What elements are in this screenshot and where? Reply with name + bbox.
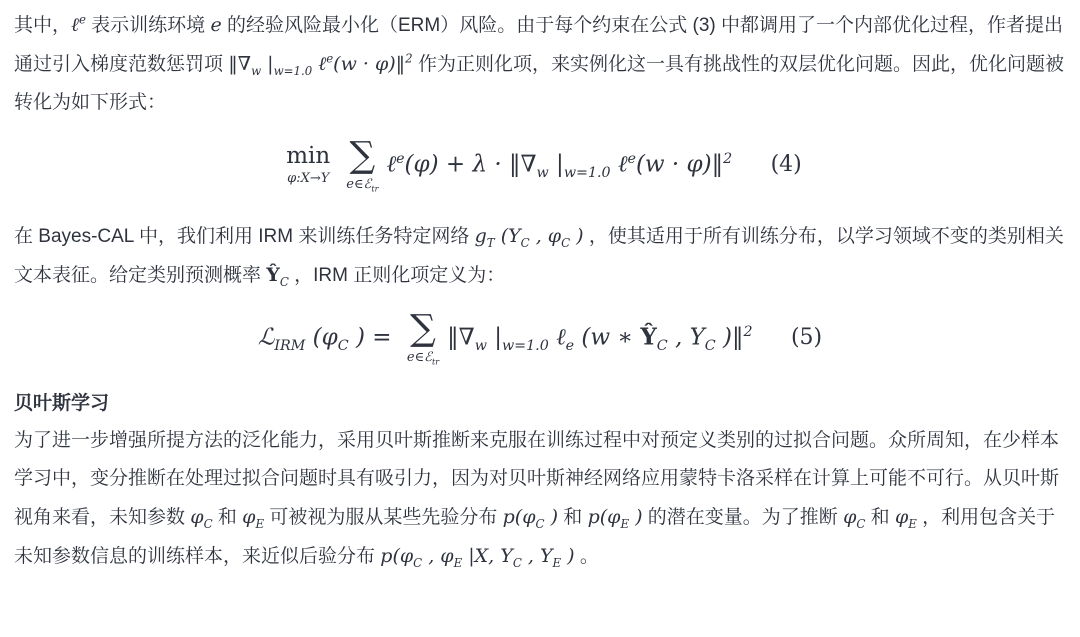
math-run: ℓ xyxy=(387,152,397,178)
math-run: C xyxy=(705,338,716,354)
text-run: 和 xyxy=(213,507,243,528)
math-run: ℓ xyxy=(71,14,79,36)
math-run: e xyxy=(210,14,221,36)
operator-glyph: min xyxy=(286,145,330,168)
math-run: e xyxy=(566,338,574,354)
math-run: ) = xyxy=(349,324,399,350)
math-run: p(φ xyxy=(380,545,413,567)
math-run: | xyxy=(549,152,564,178)
math-run: 2 xyxy=(723,151,732,167)
math-run: C xyxy=(338,338,349,354)
math-stack: minφ:X→Y xyxy=(286,145,330,187)
math-run: w=1.0 xyxy=(502,338,549,354)
math-run: w xyxy=(537,165,549,181)
math-run: φ:X→Y xyxy=(287,171,329,186)
math-run: E xyxy=(454,556,463,570)
paragraph-bayesian-inference: 为了进一步增强所提方法的泛化能力，采用贝叶斯推断来克服在训练过程中对预定义类别的… xyxy=(14,422,1066,576)
text-run: 的潜在变量。为了推断 xyxy=(643,507,844,528)
math-run: E xyxy=(908,517,917,531)
operator-limits: e∈ℰtr xyxy=(346,177,378,193)
math-run: φ xyxy=(895,506,908,528)
math-run: (Y xyxy=(495,225,521,247)
paragraph-bayes-cal: 在 Bayes-CAL 中，我们利用 IRM 来训练任务特定网络 gT (YC … xyxy=(14,217,1066,295)
math-run: , φ xyxy=(530,225,561,247)
math-run: E xyxy=(553,556,562,570)
math-run: , Y xyxy=(522,545,553,567)
math-run: ℓ xyxy=(611,152,628,178)
math-run: , Y xyxy=(668,324,705,350)
math-run: E xyxy=(255,517,264,531)
math-run: | xyxy=(487,324,502,350)
math-run: φ xyxy=(843,506,856,528)
math-run: (w · φ)‖ xyxy=(636,152,723,178)
math-run: g xyxy=(475,225,487,247)
math-run: C xyxy=(561,236,570,250)
text-run: 其中， xyxy=(14,15,71,36)
equation-4-number: (4) xyxy=(771,152,802,178)
math-run: ‖∇ xyxy=(228,53,251,75)
text-run: 表示训练环境 xyxy=(86,15,211,36)
text-run: ，IRM 正则化项定义为： xyxy=(289,265,505,286)
math-run: e xyxy=(628,151,636,167)
math-run: IRM xyxy=(274,338,305,354)
math-run: ) xyxy=(629,506,642,528)
math-run: φ xyxy=(242,506,255,528)
equation-5-expression: ℒIRM (φC ) = ∑e∈ℰtr‖∇w |w=1.0 ℓe (w ∗ ŶC… xyxy=(258,311,753,366)
text-run: 可被视为服从某些先验分布 xyxy=(264,507,503,528)
math-run: tr xyxy=(432,358,439,367)
text-run: 。 xyxy=(575,546,599,567)
math-run: e xyxy=(79,13,86,27)
math-run: C xyxy=(521,236,530,250)
math-run: , φ xyxy=(422,545,453,567)
math-run: ) xyxy=(545,506,558,528)
operator-glyph: ∑ xyxy=(410,311,436,347)
math-run: φ xyxy=(190,506,203,528)
math-run: C xyxy=(413,556,422,570)
operator-limits: e∈ℰtr xyxy=(407,350,439,366)
math-run: p(φ xyxy=(503,506,536,528)
math-run: ) xyxy=(561,545,574,567)
math-run: (w · φ)‖ xyxy=(333,53,405,75)
math-run: |X, Y xyxy=(462,545,513,567)
math-run: C xyxy=(204,517,213,531)
math-run: T xyxy=(487,236,495,250)
equation-4: minφ:X→Y∑e∈ℰtrℓe(φ) + λ · ‖∇w |w=1.0 ℓe(… xyxy=(14,138,1066,193)
section-heading-bayesian-learning: 贝叶斯学习 xyxy=(14,390,1066,418)
math-run: e∈ℰ xyxy=(346,177,371,192)
math-run: tr xyxy=(371,185,378,194)
article-page: 其中，ℓe 表示训练环境 e 的经验风险最小化（ERM）风险。由于每个约束在公式… xyxy=(0,0,1080,576)
text-run: 和 xyxy=(865,507,895,528)
math-run: w xyxy=(251,64,261,78)
math-run: e xyxy=(396,151,404,167)
math-run: ℒ xyxy=(258,324,275,350)
math-run: C xyxy=(536,517,545,531)
math-run: )‖ xyxy=(716,324,744,350)
math-run: ℓ xyxy=(549,324,566,350)
math-run: w=1.0 xyxy=(564,165,611,181)
math-stack: ∑e∈ℰtr xyxy=(346,138,378,193)
math-run: ) xyxy=(570,225,583,247)
math-run: p(φ xyxy=(588,506,621,528)
math-run: (φ) + λ · ‖∇ xyxy=(405,152,537,178)
math-run: w=1.0 xyxy=(274,64,313,78)
math-run: w xyxy=(475,338,487,354)
operator-glyph: ∑ xyxy=(350,138,376,174)
text-run: 和 xyxy=(558,507,588,528)
text-run: 在 Bayes-CAL 中，我们利用 IRM 来训练任务特定网络 xyxy=(14,226,475,247)
math-run: ‖∇ xyxy=(447,324,475,350)
operator-limits: φ:X→Y xyxy=(287,171,329,187)
math-run: E xyxy=(620,517,629,531)
math-run: e∈ℰ xyxy=(407,350,432,365)
math-run: C xyxy=(280,275,289,289)
math-run: (φ xyxy=(305,324,337,350)
math-run: Ŷ xyxy=(266,264,280,286)
equation-4-expression: minφ:X→Y∑e∈ℰtrℓe(φ) + λ · ‖∇w |w=1.0 ℓe(… xyxy=(278,138,732,193)
math-run: (w ∗ xyxy=(574,324,640,350)
math-stack: ∑e∈ℰtr xyxy=(407,311,439,366)
math-run: ℓ xyxy=(312,53,326,75)
math-run: | xyxy=(261,53,273,75)
equation-5: ℒIRM (φC ) = ∑e∈ℰtr‖∇w |w=1.0 ℓe (w ∗ ŶC… xyxy=(14,311,1066,366)
math-run: 2 xyxy=(405,52,413,66)
paragraph-erm-intro: 其中，ℓe 表示训练环境 e 的经验风险最小化（ERM）风险。由于每个约束在公式… xyxy=(14,6,1066,122)
math-run: C xyxy=(513,556,522,570)
math-run: Ŷ xyxy=(640,323,656,350)
equation-5-number: (5) xyxy=(791,325,822,351)
math-run: 2 xyxy=(744,324,753,340)
math-run: C xyxy=(657,338,668,354)
